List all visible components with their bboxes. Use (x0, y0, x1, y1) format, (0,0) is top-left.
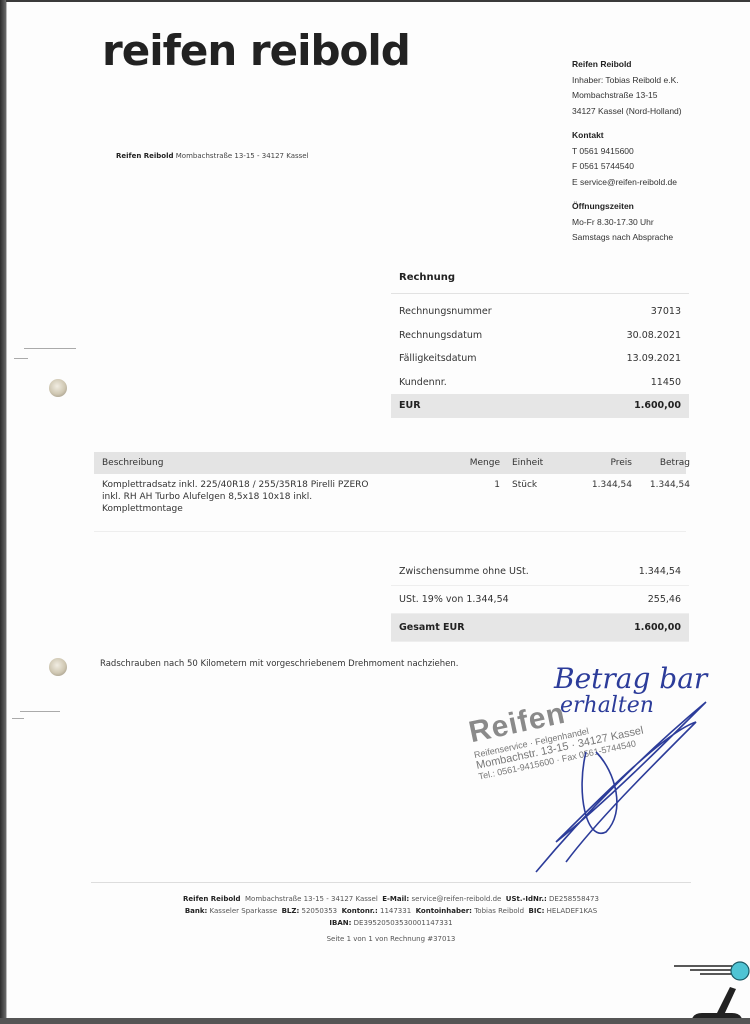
punch-hole-bottom (49, 658, 67, 676)
info-label: Rechnungsdatum (399, 324, 482, 348)
subtotal-label: Zwischensumme ohne USt. (399, 558, 529, 585)
header-unit: Einheit (500, 458, 572, 468)
footer-email-label: E-Mail: (382, 895, 409, 903)
item-quantity: 1 (442, 479, 500, 531)
footer-bank-label: Bank: (185, 907, 208, 915)
header-amount: Betrag (632, 458, 696, 468)
footer-address: Mombachstraße 13-15 - 34127 Kassel (245, 895, 378, 903)
footer-line-3: IBAN: DE39520503530001147331 (91, 917, 691, 929)
invoice-info-box: Rechnung Rechnungsnummer 37013 Rechnungs… (391, 270, 689, 418)
invoice-footer: Reifen Reibold Mombachstraße 13-15 - 341… (91, 882, 691, 945)
footer-bank: Kasseler Sparkasse (210, 907, 278, 915)
page-info: Seite 1 von 1 von Rechnung #37013 (91, 933, 691, 945)
footer-bic-label: BIC: (529, 907, 545, 915)
info-row-number: Rechnungsnummer 37013 (391, 300, 689, 324)
item-unit: Stück (500, 479, 572, 531)
hours-heading: Öffnungszeiten (572, 199, 682, 215)
subtotal-row: Zwischensumme ohne USt. 1.344,54 (391, 558, 689, 586)
info-value: 11450 (651, 371, 681, 395)
footer-bic: HELADEF1KAS (547, 907, 598, 915)
footer-iban-label: IBAN: (329, 919, 351, 927)
company-owner: Inhaber: Tobias Reibold e.K. (572, 73, 682, 89)
info-row-customer: Kundennr. 11450 (391, 371, 689, 395)
company-street: Mombachstraße 13-15 (572, 88, 682, 104)
info-total-value: 1.600,00 (634, 394, 681, 418)
company-city: 34127 Kassel (Nord-Holland) (572, 104, 682, 120)
info-value: 13.09.2021 (627, 347, 681, 371)
footer-vat: DE258558473 (549, 895, 599, 903)
footer-blz-label: BLZ: (282, 907, 300, 915)
footer-account-label: Kontonr.: (342, 907, 378, 915)
fold-mark-top (24, 348, 76, 349)
footer-holder-label: Kontoinhaber: (416, 907, 472, 915)
info-row-total: EUR 1.600,00 (391, 394, 689, 418)
totals-box: Zwischensumme ohne USt. 1.344,54 USt. 19… (391, 558, 689, 642)
description-line: Komplettradsatz inkl. 225/40R18 / 255/35… (102, 479, 442, 491)
fold-mark-bottom-short (12, 718, 24, 719)
info-total-label: EUR (399, 394, 421, 418)
company-name: Reifen Reibold (572, 57, 682, 73)
info-row-due-date: Fälligkeitsdatum 13.09.2021 (391, 347, 689, 371)
fold-mark-top-short (14, 358, 28, 359)
info-value: 30.08.2021 (627, 324, 681, 348)
footer-account: 1147331 (380, 907, 411, 915)
sender-name: Reifen Reibold (116, 152, 174, 160)
item-amount: 1.344,54 (632, 479, 696, 531)
contact-fax: F 0561 5744540 (572, 159, 682, 175)
description-line: Komplettmontage (102, 503, 442, 515)
line-items-table: Beschreibung Menge Einheit Preis Betrag … (94, 452, 686, 532)
header-quantity: Menge (442, 458, 500, 468)
footer-holder: Tobias Reibold (474, 907, 524, 915)
invoice-note: Radschrauben nach 50 Kilometern mit vorg… (100, 659, 458, 669)
fold-mark-bottom (20, 711, 60, 712)
footer-company: Reifen Reibold (183, 895, 241, 903)
signature-scribble (526, 692, 716, 892)
hours-saturday: Samstags nach Absprache (572, 230, 682, 246)
info-value: 37013 (651, 300, 681, 324)
footer-line-1: Reifen Reibold Mombachstraße 13-15 - 341… (91, 893, 691, 905)
info-row-date: Rechnungsdatum 30.08.2021 (391, 324, 689, 348)
info-label: Kundennr. (399, 371, 447, 395)
contact-email: E service@reifen-reibold.de (572, 175, 682, 191)
header-price: Preis (572, 458, 632, 468)
header-description: Beschreibung (94, 458, 442, 468)
hours-weekdays: Mo-Fr 8.30-17.30 Uhr (572, 215, 682, 231)
document-scanner-icon[interactable] (670, 957, 750, 1023)
invoice-title: Rechnung (391, 270, 689, 294)
handwriting-line: Betrag bar (554, 662, 707, 695)
info-label: Fälligkeitsdatum (399, 347, 477, 371)
description-line: inkl. RH AH Turbo Alufelgen 8,5x18 10x18… (102, 491, 442, 503)
subtotal-value: 1.344,54 (639, 558, 681, 585)
table-row: Komplettradsatz inkl. 225/40R18 / 255/35… (94, 474, 686, 532)
sender-address: Mombachstraße 13-15 - 34127 Kassel (176, 152, 309, 160)
footer-iban: DE39520503530001147331 (354, 919, 453, 927)
tax-row: USt. 19% von 1.344,54 255,46 (391, 586, 689, 614)
info-label: Rechnungsnummer (399, 300, 492, 324)
footer-email: service@reifen-reibold.de (411, 895, 501, 903)
scan-edge-bottom (0, 1018, 750, 1024)
company-logo: reifen reibold (102, 26, 410, 75)
item-description: Komplettradsatz inkl. 225/40R18 / 255/35… (94, 479, 442, 531)
grand-total-label: Gesamt EUR (399, 614, 465, 641)
tax-value: 255,46 (648, 586, 681, 613)
footer-line-2: Bank: Kasseler Sparkasse BLZ: 52050353 K… (91, 905, 691, 917)
sender-address-line: Reifen Reibold Mombachstraße 13-15 - 341… (116, 152, 309, 160)
tax-label: USt. 19% von 1.344,54 (399, 586, 509, 613)
punch-hole-top (49, 379, 67, 397)
grand-total-value: 1.600,00 (634, 614, 681, 641)
item-price: 1.344,54 (572, 479, 632, 531)
footer-vat-label: USt.-IdNr.: (506, 895, 547, 903)
contact-heading: Kontakt (572, 128, 682, 144)
invoice-page: reifen reibold Reifen Reibold Mombachstr… (6, 2, 750, 1020)
company-info: Reifen Reibold Inhaber: Tobias Reibold e… (572, 57, 682, 246)
grand-total-row: Gesamt EUR 1.600,00 (391, 614, 689, 642)
footer-blz: 52050353 (302, 907, 338, 915)
contact-phone: T 0561 9415600 (572, 144, 682, 160)
table-header: Beschreibung Menge Einheit Preis Betrag (94, 452, 686, 474)
